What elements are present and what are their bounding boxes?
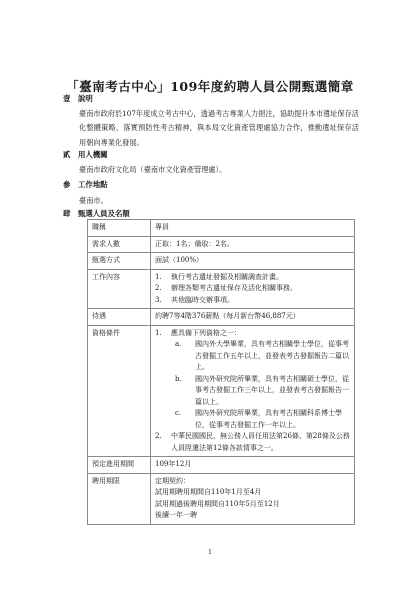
row-label: 待遇 [88,309,151,326]
table-row: 工作內容 1.執行考古遺址發掘及相關調查計畫。 2.辦理各類考古遺址保存及活化相… [88,269,355,309]
sub-item-letter: c. [171,408,195,431]
item-number: 3. [155,295,171,307]
row-value: 專員 [151,220,355,237]
item-text: 辦理各類考古遺址保存及活化相關事務。 [171,283,297,295]
list-item: 1.執行考古遺址發掘及相關調查計畫。 [155,272,350,284]
table-row: 預定進用期間 109年12月 [88,457,355,474]
line: 試用期過後聘用期間自110年5月至12月 [155,499,350,511]
table-row: 需求人數 正取：1名；備取：2名。 [88,236,355,253]
sub-item-letter: a. [171,339,195,374]
sub-item-text: 國內外大學畢業，具有考古相關學士學位，從事考古發掘工作五年以上，並發表考古發掘報… [195,339,350,374]
section-number: 壹 [63,93,78,104]
section-heading-1: 壹說明 [63,93,93,104]
item-number: 2. [155,431,171,454]
page-number: 1 [0,549,420,556]
item-number: 1. [155,328,171,340]
row-value: 面試（100%） [151,253,355,270]
sub-item: c.國內外研究院所畢業，具有考古相關科系博士學位，從事考古發掘工作一年以上。 [155,408,350,431]
section-body-3: 臺南市。 [79,194,359,208]
section-heading-2: 貳用人機關 [63,149,108,160]
row-label: 職稱 [88,220,151,237]
table-row: 職稱 專員 [88,220,355,237]
recruitment-table: 職稱 專員 需求人數 正取：1名；備取：2名。 甄選方式 面試（100%） 工作… [87,219,355,525]
sub-item-text: 國內外研究院所畢業，具有考古相關科系博士學位，從事考古發掘工作一年以上。 [195,408,350,431]
line: 試用期聘用期間自110年1月至4月 [155,487,350,499]
item-text: 執行考古遺址發掘及相關調查計畫。 [171,272,283,284]
table-row: 甄選方式 面試（100%） [88,253,355,270]
sub-item-letter: b. [171,374,195,409]
sub-item: a.國內外大學畢業，具有考古相關學士學位，從事考古發掘工作五年以上，並發表考古發… [155,339,350,374]
table-row: 待遇 約聘7等4階376薪點（每月新台幣46,887元） [88,309,355,326]
item-text: 中華民國國民，無公務人員任用法第26條、第28條及公務人員陞遷法第12條各款情事… [171,431,350,454]
section-number: 貳 [63,149,78,160]
section-title: 說明 [78,94,93,103]
section-body-2: 臺南市政府文化局（臺南市文化資產管理處）。 [79,163,359,177]
list-item: 3.其他臨時交辦事項。 [155,295,350,307]
row-value: 109年12月 [151,457,355,474]
section-number: 參 [63,179,78,190]
list-item: 1.應具備下列資格之一： [155,328,350,340]
sub-item-text: 國內外研究院所畢業，具有考古相關碩士學位，從事考古發掘工作三年以上，並發表考古發… [195,374,350,409]
section-title: 工作地點 [78,180,108,189]
item-number: 1. [155,272,171,284]
table-row: 聘用期限 定期契約： 試用期聘用期間自110年1月至4月 試用期過後聘用期間自1… [88,473,355,524]
row-value: 正取：1名；備取：2名。 [151,236,355,253]
row-label: 聘用期限 [88,473,151,524]
section-title: 用人機關 [78,150,108,159]
row-label: 預定進用期間 [88,457,151,474]
item-text: 應具備下列資格之一： [171,328,241,340]
section-number: 肆 [63,208,78,219]
row-label: 工作內容 [88,269,151,309]
table-row: 資格條件 1.應具備下列資格之一： a.國內外大學畢業，具有考古相關學士學位，從… [88,325,355,457]
item-number: 2. [155,283,171,295]
row-label: 資格條件 [88,325,151,457]
section-heading-4: 肆甄選人員及名額 [63,208,130,219]
row-label: 需求人數 [88,236,151,253]
list-item: 2.中華民國國民，無公務人員任用法第26條、第28條及公務人員陞遷法第12條各款… [155,431,350,454]
line: 後續一年一聘 [155,510,350,522]
section-heading-3: 參工作地點 [63,179,108,190]
sub-item: b.國內外研究院所畢業，具有考古相關碩士學位，從事考古發掘工作三年以上，並發表考… [155,374,350,409]
line: 定期契約： [155,476,350,488]
row-value: 定期契約： 試用期聘用期間自110年1月至4月 試用期過後聘用期間自110年5月… [151,473,355,524]
row-label: 甄選方式 [88,253,151,270]
row-value: 1.應具備下列資格之一： a.國內外大學畢業，具有考古相關學士學位，從事考古發掘… [151,325,355,457]
list-item: 2.辦理各類考古遺址保存及活化相關事務。 [155,283,350,295]
section-body-1: 臺南市政府於107年度成立考古中心，透過考古專業人力挹注，協助提升本市遺址保存活… [79,107,359,150]
row-value: 約聘7等4階376薪點（每月新台幣46,887元） [151,309,355,326]
item-text: 其他臨時交辦事項。 [171,295,234,307]
row-value: 1.執行考古遺址發掘及相關調查計畫。 2.辦理各類考古遺址保存及活化相關事務。 … [151,269,355,309]
section-title: 甄選人員及名額 [78,209,130,218]
